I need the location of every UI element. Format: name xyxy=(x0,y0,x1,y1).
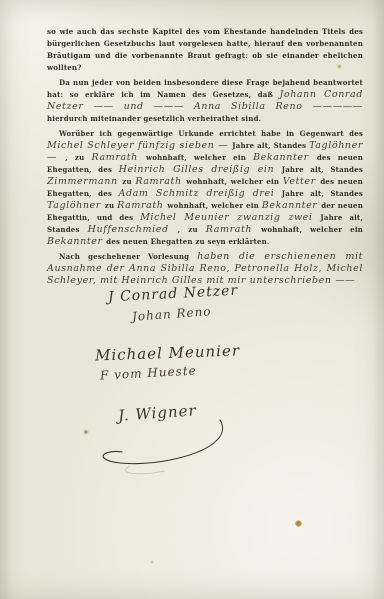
printed-text: Nach geschehener Vorlesung xyxy=(59,252,197,261)
handwritten-text: Ramrath xyxy=(92,152,146,163)
handwritten-text: Bekannter xyxy=(262,200,322,211)
handwritten-text: Heinrich Gilles dreißig ein xyxy=(119,164,282,175)
foxing-spot xyxy=(83,429,89,435)
paragraph: so wie auch das sechste Kapitel des vom … xyxy=(47,26,363,74)
handwritten-text: Michel Meunier zwanzig zwei xyxy=(140,212,320,223)
handwritten-text: Huffenschmied xyxy=(88,224,178,235)
printed-text: so wie auch das sechste Kapitel des vom … xyxy=(47,27,363,72)
handwritten-text: Zimmermann xyxy=(47,176,122,187)
handwritten-text: Taglöhner xyxy=(47,200,105,211)
printed-text: wohnhaft, welcher ein xyxy=(261,225,363,234)
printed-text: des neuen Ehegatten zu seyn erklärten. xyxy=(106,237,269,246)
paragraph: Nach geschehener Vorlesung haben die ers… xyxy=(47,251,363,287)
printed-text: hierdurch miteinander gesetzlich verheir… xyxy=(47,114,261,123)
handwritten-text: Ramrath xyxy=(206,224,261,235)
signature-meunier: Michael Meunier xyxy=(95,341,241,364)
printed-text: Jahre alt, Standes xyxy=(232,141,309,150)
document-body: so wie auch das sechste Kapitel des vom … xyxy=(47,26,363,290)
signature-flourish xyxy=(70,418,250,478)
signature-official: J. Wigner xyxy=(117,401,197,424)
printed-text: Jahre alt, Standes xyxy=(282,165,363,174)
handwritten-text: Ramrath xyxy=(117,200,167,211)
handwritten-text: Ramrath xyxy=(135,176,186,187)
foxing-spot xyxy=(295,520,302,527)
printed-text: Worüber ich gegenwärtige Urkunde erricht… xyxy=(59,129,363,138)
handwritten-text: Vetter xyxy=(283,176,321,187)
handwritten-text: Michel Schleyer fünfzig sieben — xyxy=(47,140,232,151)
document-page: so wie auch das sechste Kapitel des vom … xyxy=(0,0,384,599)
foxing-spot xyxy=(337,64,342,69)
printed-text: wohnhaft, welcher ein xyxy=(146,153,253,162)
printed-text: , zu xyxy=(178,225,206,234)
handwritten-text: Adam Schmitz dreißig drei xyxy=(119,188,282,199)
foxing-spot xyxy=(150,560,154,564)
printed-text: , zu xyxy=(65,153,91,162)
signature-reno: Johan Reno xyxy=(132,304,212,324)
show-through-text xyxy=(30,470,360,486)
handwritten-text: Bekannter xyxy=(253,152,317,163)
handwritten-text: Anna Sibilla Reno ————— xyxy=(194,101,363,112)
printed-text: zu xyxy=(105,201,117,210)
printed-text: wohnhaft, welcher ein xyxy=(167,201,261,210)
printed-text: zu xyxy=(122,177,135,186)
signature-witness: F vom Hueste xyxy=(100,363,197,382)
handwritten-text: und ——— xyxy=(124,101,194,112)
printed-text: wohnhaft, welcher ein xyxy=(186,177,283,186)
paragraph: Worüber ich gegenwärtige Urkunde erricht… xyxy=(47,128,363,248)
paragraph: Da nun jeder von beiden insbesondere die… xyxy=(47,77,363,125)
handwritten-text: Bekannter xyxy=(47,236,106,247)
printed-text: Jahre alt, Standes xyxy=(282,189,363,198)
